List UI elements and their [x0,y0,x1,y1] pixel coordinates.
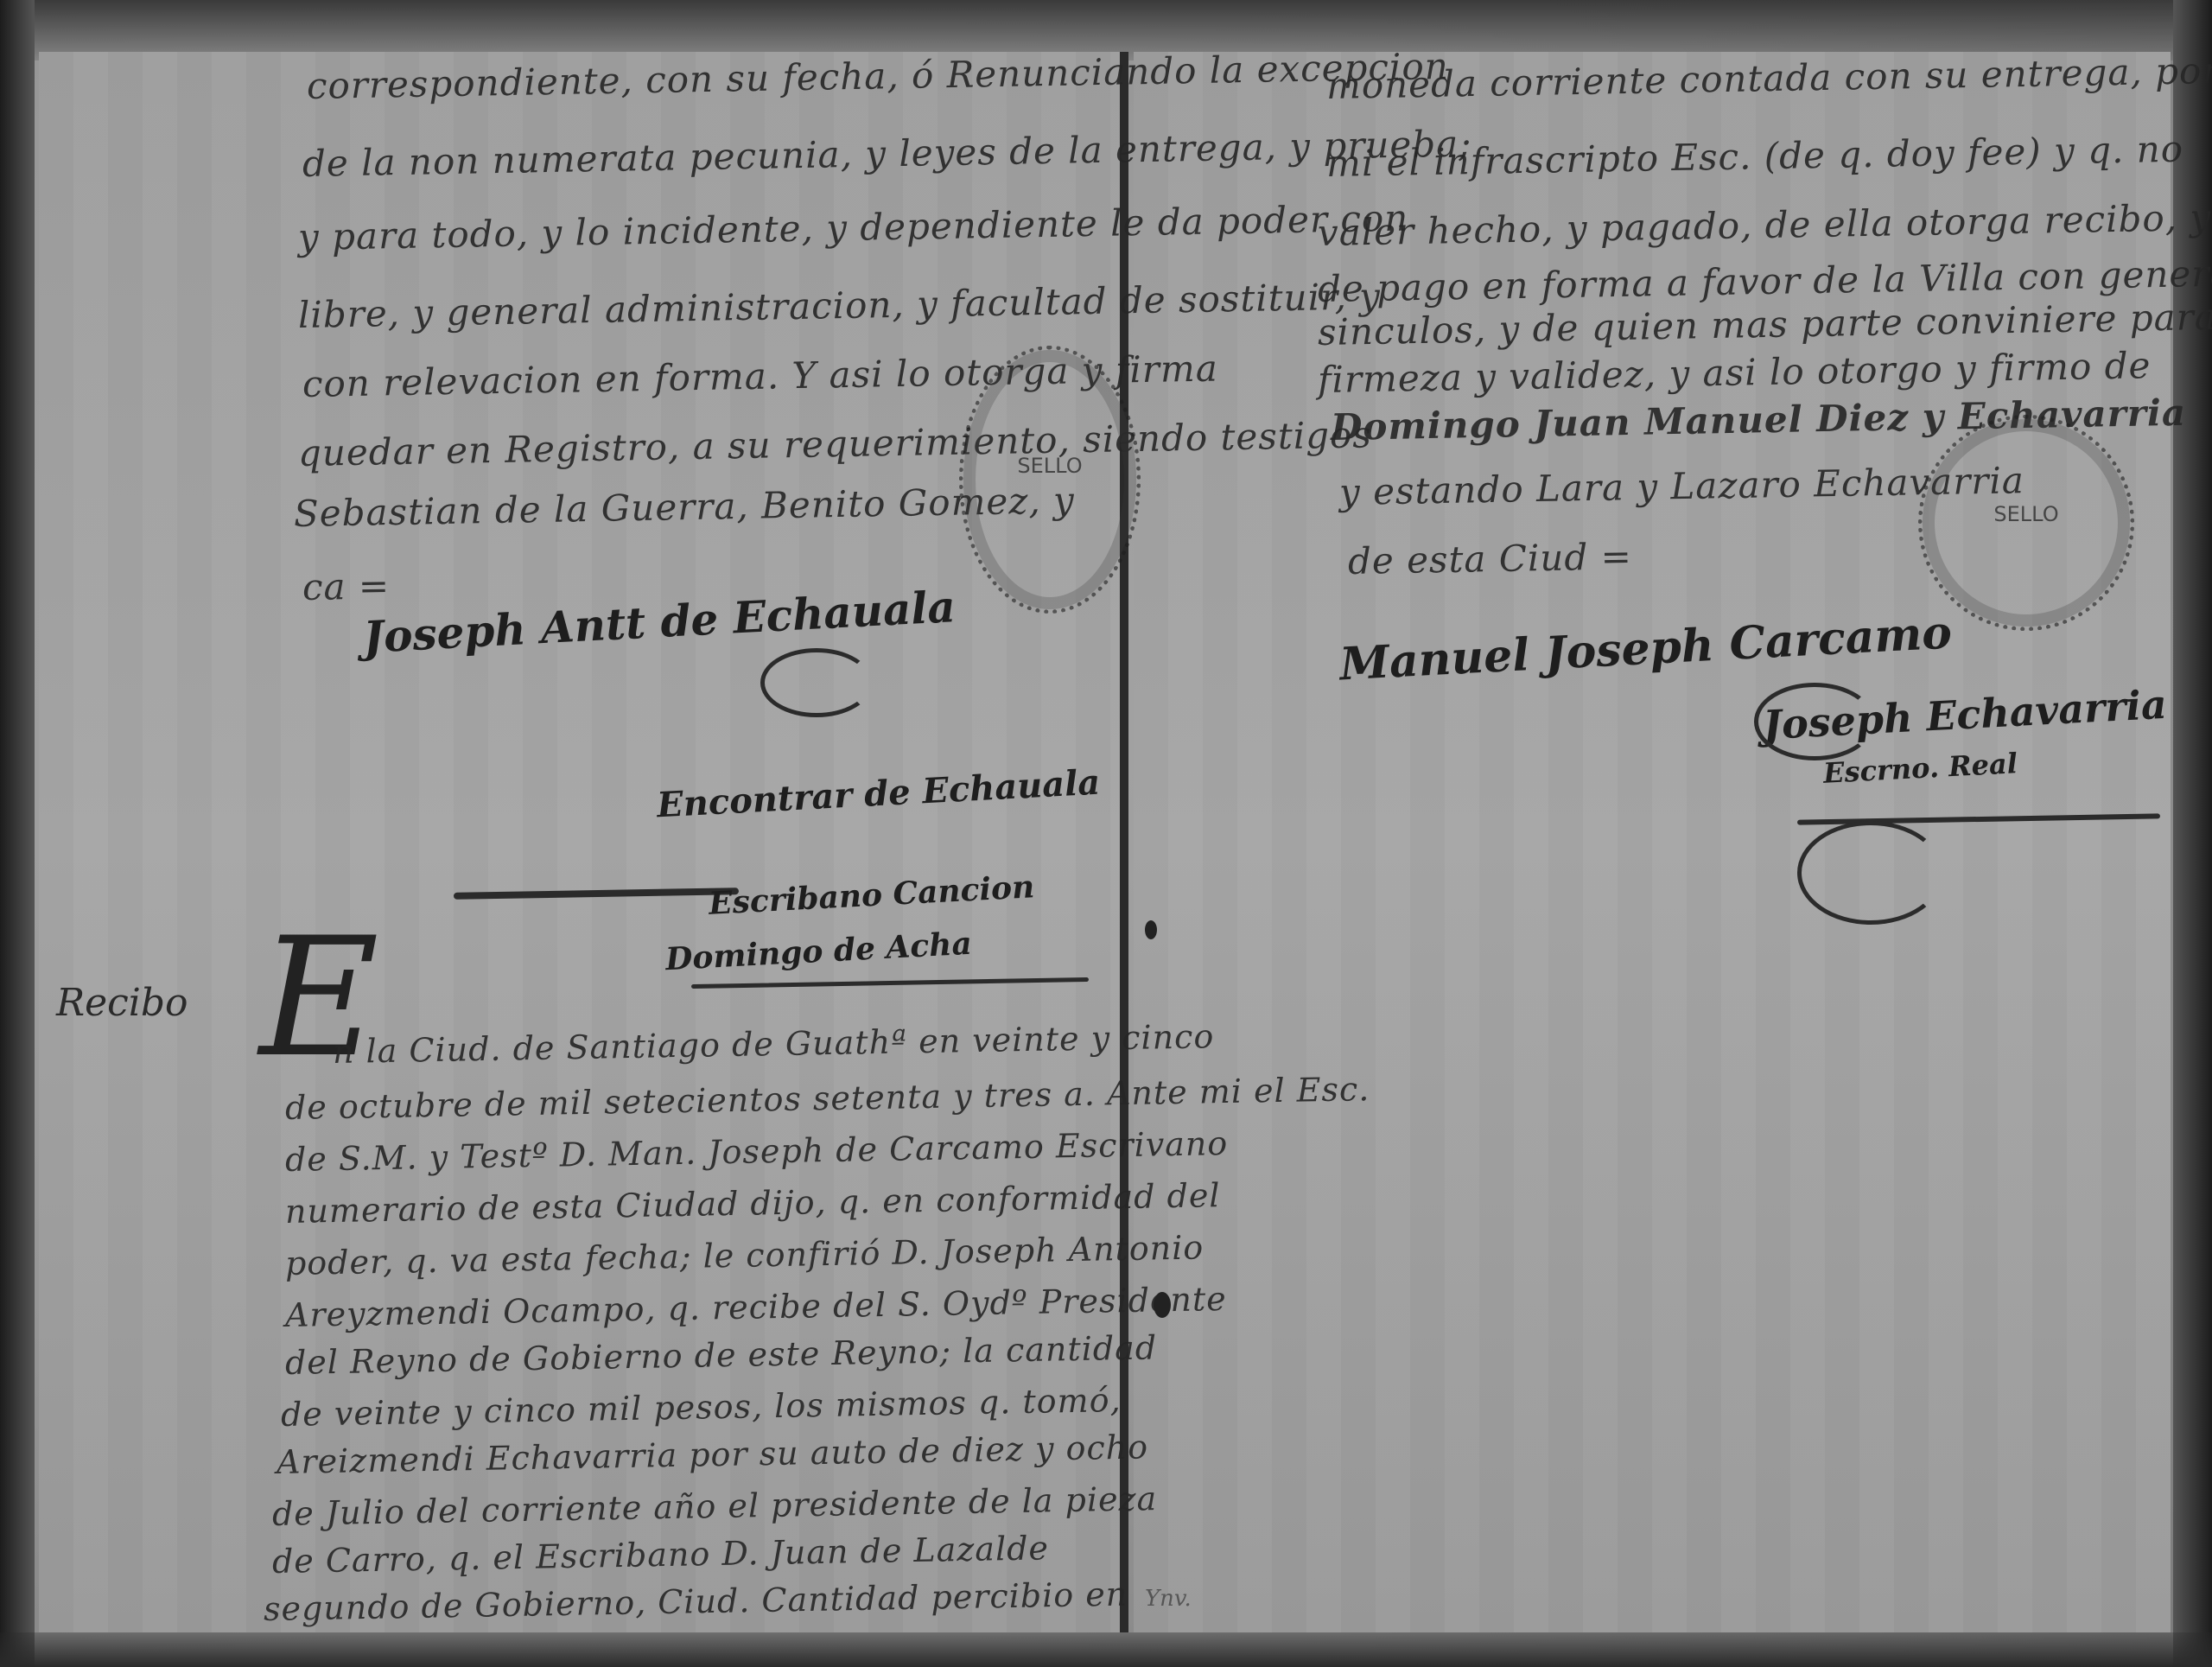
signature-flourish [760,648,873,717]
right-line-9: de esta Ciud = [1348,535,1633,582]
seal-label: SELLO [963,454,1136,478]
footer-mark: Ynv. [1145,1586,1192,1612]
ink-blot [1154,1292,1171,1318]
bottom-shadow [0,1632,2212,1667]
ink-blot [1145,920,1157,939]
left-binding-edge [0,0,35,1667]
signature-flourish-right [1797,821,1944,925]
left-line-8: ca = [302,564,391,608]
stamp-seal-right: SELLO [1918,415,2134,631]
signature-loop [1754,683,1875,760]
stamp-seal-left: SELLO [959,346,1141,614]
seal-label: SELLO [1923,502,2130,526]
margin-note-recibo: Recibo [56,981,188,1025]
right-edge [2173,0,2212,1667]
